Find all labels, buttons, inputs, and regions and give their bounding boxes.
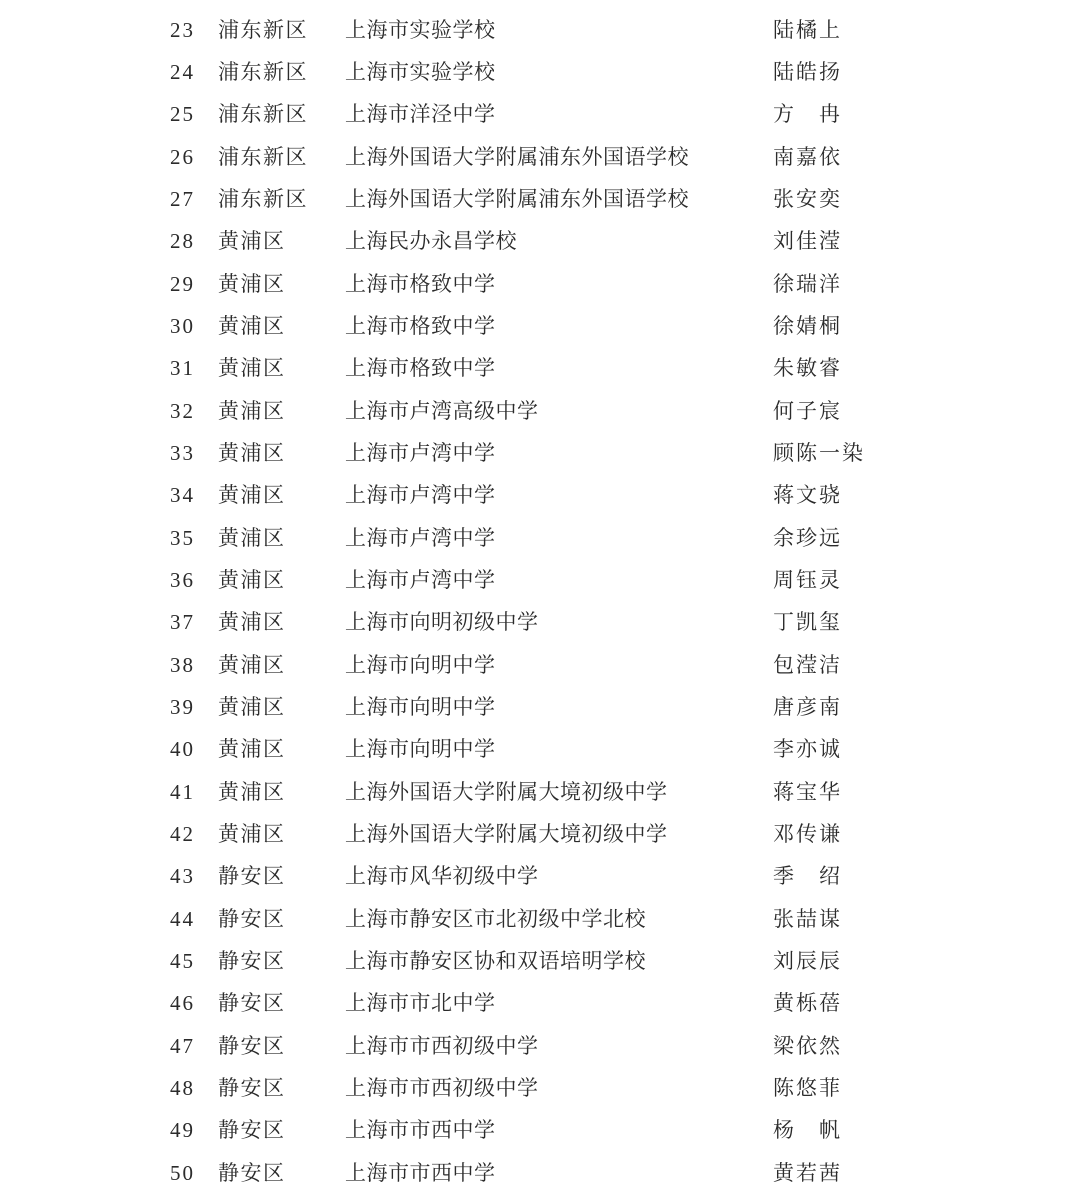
row-number: 47 [170, 1036, 218, 1057]
table-row: 34 黄浦区 上海市卢湾中学 蒋文骁 [170, 475, 1070, 517]
school-cell: 上海外国语大学附属大境初级中学 [345, 782, 773, 803]
row-number: 37 [170, 612, 218, 633]
table-row: 47 静安区 上海市市西初级中学 梁依然 [170, 1025, 1070, 1067]
row-number: 23 [170, 20, 218, 41]
row-number: 34 [170, 485, 218, 506]
name-cell: 张喆谋 [773, 909, 842, 930]
school-cell: 上海市实验学校 [345, 20, 773, 41]
school-cell: 上海市卢湾高级中学 [345, 401, 773, 422]
row-number: 29 [170, 274, 218, 295]
row-number: 44 [170, 909, 218, 930]
table-row: 45 静安区 上海市静安区协和双语培明学校 刘辰辰 [170, 940, 1070, 982]
row-number: 43 [170, 866, 218, 887]
school-cell: 上海市格致中学 [345, 358, 773, 379]
school-cell: 上海外国语大学附属大境初级中学 [345, 824, 773, 845]
row-number: 48 [170, 1078, 218, 1099]
district-cell: 黄浦区 [218, 401, 345, 422]
district-cell: 黄浦区 [218, 231, 345, 252]
name-cell: 陆橘上 [773, 20, 842, 41]
name-cell: 方 冉 [773, 104, 842, 125]
name-cell: 张安奕 [773, 189, 842, 210]
name-cell: 黄栎蓓 [773, 993, 842, 1014]
school-cell: 上海市卢湾中学 [345, 528, 773, 549]
table-row: 32 黄浦区 上海市卢湾高级中学 何子宸 [170, 390, 1070, 432]
table-row: 25 浦东新区 上海市洋泾中学 方 冉 [170, 94, 1070, 136]
district-cell: 浦东新区 [218, 189, 345, 210]
school-cell: 上海市静安区协和双语培明学校 [345, 951, 773, 972]
district-cell: 浦东新区 [218, 104, 345, 125]
name-cell: 包滢洁 [773, 655, 842, 676]
school-cell: 上海市洋泾中学 [345, 104, 773, 125]
district-cell: 黄浦区 [218, 485, 345, 506]
name-cell: 蒋宝华 [773, 782, 842, 803]
school-cell: 上海市格致中学 [345, 316, 773, 337]
name-cell: 黄若茜 [773, 1163, 842, 1184]
row-number: 25 [170, 104, 218, 125]
school-cell: 上海市卢湾中学 [345, 443, 773, 464]
district-cell: 浦东新区 [218, 20, 345, 41]
district-cell: 静安区 [218, 909, 345, 930]
school-cell: 上海外国语大学附属浦东外国语学校 [345, 189, 773, 210]
district-cell: 静安区 [218, 1163, 345, 1184]
table-row: 39 黄浦区 上海市向明中学 唐彦南 [170, 686, 1070, 728]
name-cell: 杨 帆 [773, 1120, 842, 1141]
student-roster-table: 23 浦东新区 上海市实验学校 陆橘上 24 浦东新区 上海市实验学校 陆皓扬 … [170, 9, 1070, 1194]
district-cell: 黄浦区 [218, 528, 345, 549]
name-cell: 李亦诚 [773, 739, 842, 760]
table-row: 38 黄浦区 上海市向明中学 包滢洁 [170, 644, 1070, 686]
district-cell: 浦东新区 [218, 62, 345, 83]
table-row: 33 黄浦区 上海市卢湾中学 顾陈一染 [170, 432, 1070, 474]
district-cell: 静安区 [218, 1120, 345, 1141]
row-number: 41 [170, 782, 218, 803]
row-number: 50 [170, 1163, 218, 1184]
table-row: 49 静安区 上海市市西中学 杨 帆 [170, 1110, 1070, 1152]
name-cell: 邓传谦 [773, 824, 842, 845]
table-row: 30 黄浦区 上海市格致中学 徐婧桐 [170, 305, 1070, 347]
row-number: 38 [170, 655, 218, 676]
name-cell: 唐彦南 [773, 697, 842, 718]
district-cell: 黄浦区 [218, 612, 345, 633]
district-cell: 静安区 [218, 1078, 345, 1099]
row-number: 42 [170, 824, 218, 845]
name-cell: 南嘉依 [773, 147, 842, 168]
school-cell: 上海市实验学校 [345, 62, 773, 83]
row-number: 45 [170, 951, 218, 972]
school-cell: 上海市卢湾中学 [345, 485, 773, 506]
table-row: 40 黄浦区 上海市向明中学 李亦诚 [170, 729, 1070, 771]
name-cell: 徐瑞洋 [773, 274, 842, 295]
school-cell: 上海市市西初级中学 [345, 1078, 773, 1099]
name-cell: 朱敏睿 [773, 358, 842, 379]
name-cell: 周钰灵 [773, 570, 842, 591]
row-number: 32 [170, 401, 218, 422]
name-cell: 陈悠菲 [773, 1078, 842, 1099]
row-number: 31 [170, 358, 218, 379]
school-cell: 上海市市西初级中学 [345, 1036, 773, 1057]
name-cell: 何子宸 [773, 401, 842, 422]
district-cell: 静安区 [218, 951, 345, 972]
district-cell: 静安区 [218, 1036, 345, 1057]
district-cell: 黄浦区 [218, 782, 345, 803]
table-row: 43 静安区 上海市风华初级中学 季 绍 [170, 856, 1070, 898]
name-cell: 刘辰辰 [773, 951, 842, 972]
school-cell: 上海市风华初级中学 [345, 866, 773, 887]
school-cell: 上海市格致中学 [345, 274, 773, 295]
row-number: 40 [170, 739, 218, 760]
school-cell: 上海市向明中学 [345, 739, 773, 760]
name-cell: 梁依然 [773, 1036, 842, 1057]
school-cell: 上海市卢湾中学 [345, 570, 773, 591]
table-row: 46 静安区 上海市市北中学 黄栎蓓 [170, 983, 1070, 1025]
table-row: 48 静安区 上海市市西初级中学 陈悠菲 [170, 1067, 1070, 1109]
row-number: 30 [170, 316, 218, 337]
school-cell: 上海外国语大学附属浦东外国语学校 [345, 147, 773, 168]
table-row: 41 黄浦区 上海外国语大学附属大境初级中学 蒋宝华 [170, 771, 1070, 813]
row-number: 33 [170, 443, 218, 464]
name-cell: 蒋文骁 [773, 485, 842, 506]
district-cell: 静安区 [218, 866, 345, 887]
school-cell: 上海市市北中学 [345, 993, 773, 1014]
school-cell: 上海市向明中学 [345, 655, 773, 676]
row-number: 49 [170, 1120, 218, 1141]
district-cell: 黄浦区 [218, 697, 345, 718]
school-cell: 上海市向明初级中学 [345, 612, 773, 633]
row-number: 46 [170, 993, 218, 1014]
name-cell: 丁凯玺 [773, 612, 842, 633]
table-row: 36 黄浦区 上海市卢湾中学 周钰灵 [170, 559, 1070, 601]
row-number: 39 [170, 697, 218, 718]
table-row: 28 黄浦区 上海民办永昌学校 刘佳滢 [170, 221, 1070, 263]
row-number: 36 [170, 570, 218, 591]
name-cell: 徐婧桐 [773, 316, 842, 337]
name-cell: 刘佳滢 [773, 231, 842, 252]
name-cell: 季 绍 [773, 866, 842, 887]
school-cell: 上海市向明中学 [345, 697, 773, 718]
name-cell: 陆皓扬 [773, 62, 842, 83]
district-cell: 黄浦区 [218, 274, 345, 295]
district-cell: 浦东新区 [218, 147, 345, 168]
district-cell: 静安区 [218, 993, 345, 1014]
table-row: 27 浦东新区 上海外国语大学附属浦东外国语学校 张安奕 [170, 178, 1070, 220]
table-row: 23 浦东新区 上海市实验学校 陆橘上 [170, 9, 1070, 51]
table-row: 37 黄浦区 上海市向明初级中学 丁凯玺 [170, 602, 1070, 644]
name-cell: 顾陈一染 [773, 443, 865, 464]
table-row: 26 浦东新区 上海外国语大学附属浦东外国语学校 南嘉依 [170, 136, 1070, 178]
district-cell: 黄浦区 [218, 316, 345, 337]
district-cell: 黄浦区 [218, 824, 345, 845]
school-cell: 上海民办永昌学校 [345, 231, 773, 252]
school-cell: 上海市市西中学 [345, 1163, 773, 1184]
row-number: 26 [170, 147, 218, 168]
row-number: 35 [170, 528, 218, 549]
district-cell: 黄浦区 [218, 570, 345, 591]
table-row: 44 静安区 上海市静安区市北初级中学北校 张喆谋 [170, 898, 1070, 940]
district-cell: 黄浦区 [218, 358, 345, 379]
table-row: 50 静安区 上海市市西中学 黄若茜 [170, 1152, 1070, 1194]
row-number: 28 [170, 231, 218, 252]
district-cell: 黄浦区 [218, 443, 345, 464]
district-cell: 黄浦区 [218, 655, 345, 676]
table-row: 31 黄浦区 上海市格致中学 朱敏睿 [170, 348, 1070, 390]
school-cell: 上海市市西中学 [345, 1120, 773, 1141]
name-cell: 余珍远 [773, 528, 842, 549]
row-number: 27 [170, 189, 218, 210]
table-row: 42 黄浦区 上海外国语大学附属大境初级中学 邓传谦 [170, 813, 1070, 855]
row-number: 24 [170, 62, 218, 83]
table-row: 35 黄浦区 上海市卢湾中学 余珍远 [170, 517, 1070, 559]
school-cell: 上海市静安区市北初级中学北校 [345, 909, 773, 930]
table-row: 24 浦东新区 上海市实验学校 陆皓扬 [170, 51, 1070, 93]
table-row: 29 黄浦区 上海市格致中学 徐瑞洋 [170, 263, 1070, 305]
district-cell: 黄浦区 [218, 739, 345, 760]
